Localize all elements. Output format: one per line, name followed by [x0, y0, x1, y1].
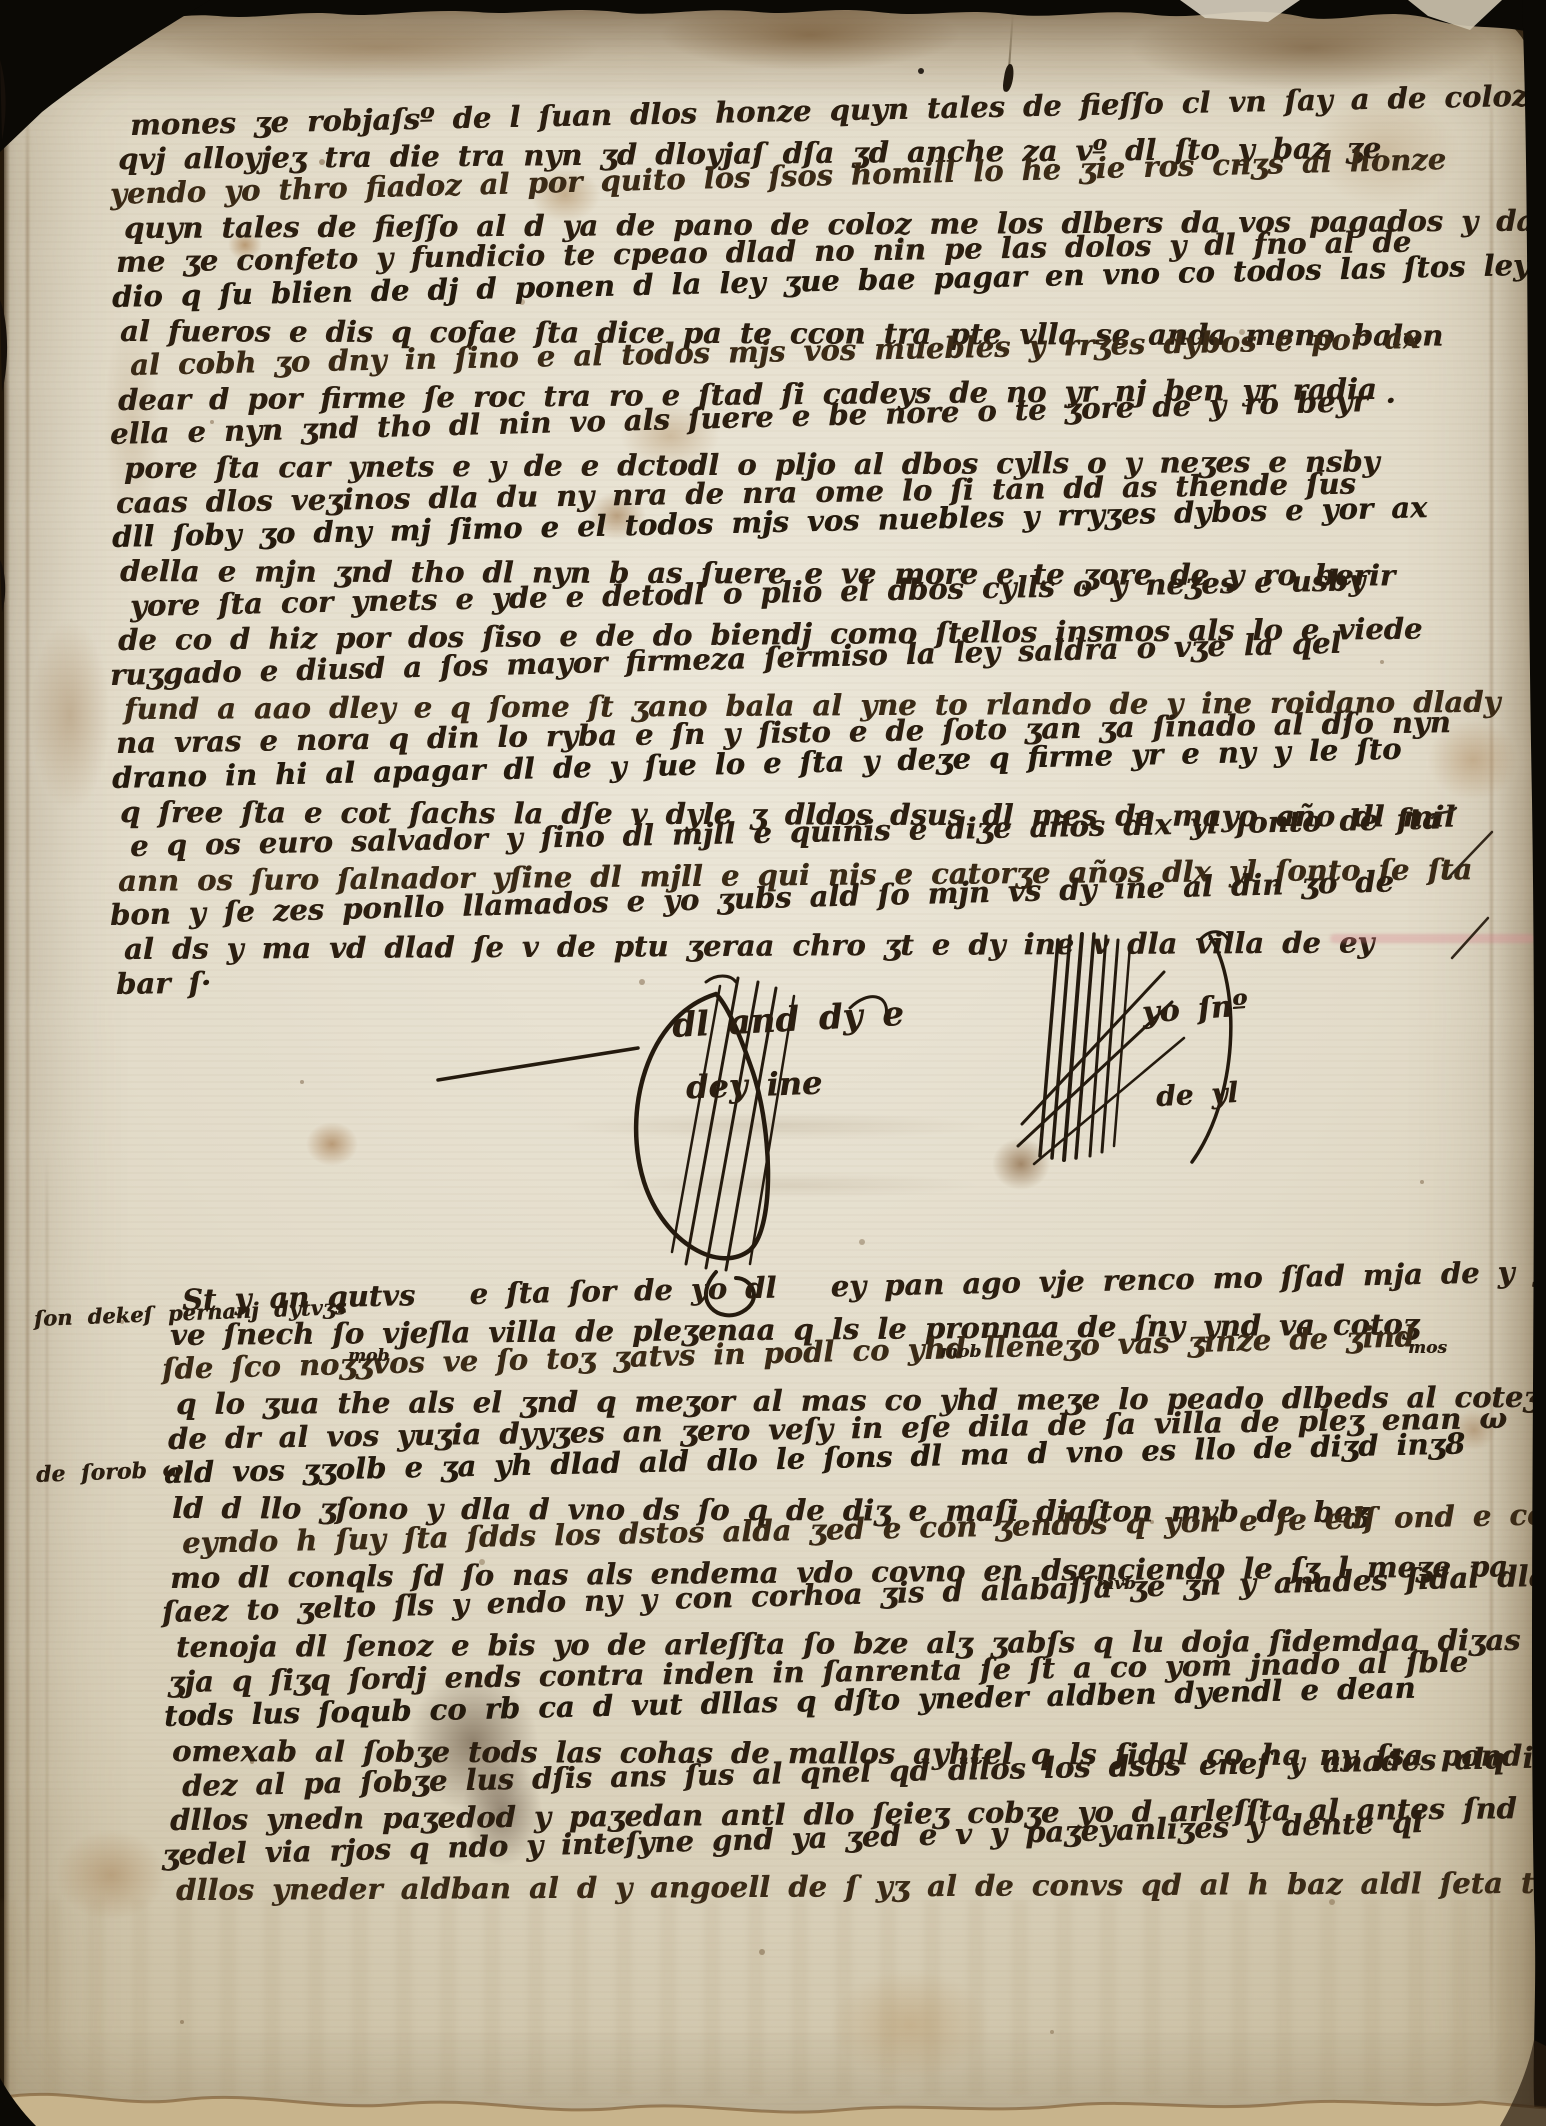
- manuscript-scan: mones ʒe robjaſsº de l ſuan dlos honze q…: [0, 0, 1546, 2126]
- torn-paper-bit-1: [1180, 0, 1300, 22]
- page-edges: [0, 0, 1546, 2126]
- right-black-edge: [1522, 0, 1546, 2126]
- top-black-edge: [0, 0, 1546, 54]
- top-left-binding-corner: [0, 0, 210, 152]
